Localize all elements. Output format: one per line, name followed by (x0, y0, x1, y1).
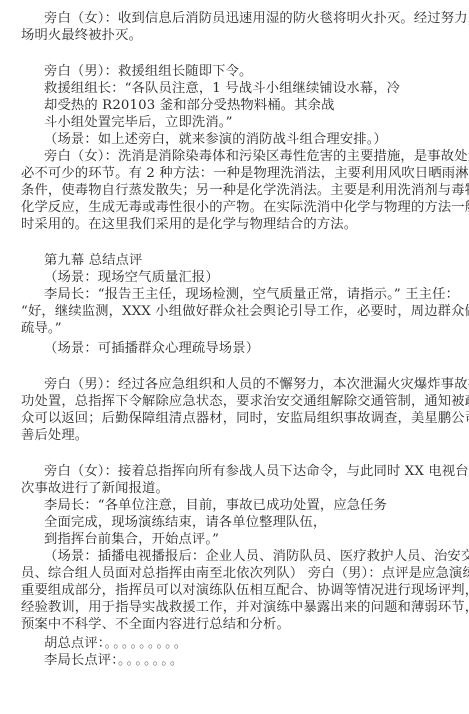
review-dots: 。。。。。。。 (118, 653, 185, 668)
text-line: 化学反应，生成无毒或毒性很小的产物。在实际洗消中化学与物理的方法一般是同 (21, 199, 469, 216)
document-page: 旁白（女）：收到信息后消防员迅速用湿的防火毯将明火扑灭。经过努力，现场明火最终被… (0, 0, 469, 714)
text-line: 旁白（男）：救援组组长随即下令。 (44, 63, 253, 80)
review-label: 胡总点评： (44, 636, 105, 651)
review-line: 胡总点评：。。。。。。。。。 (44, 635, 189, 652)
text-line: 到指挥台前集合，开始点评。” (44, 531, 219, 548)
text-line: 第九幕 总结点评 (44, 252, 143, 269)
text-line: （场景：插播电视播报后：企业人员、消防队员、医疗救护人员、治安交通人 (44, 548, 469, 565)
text-line: 斗小组处置完毕后，立即洗消。” (44, 114, 233, 131)
text-line: 旁白（男）：经过各应急组织和人员的不懈努力，本次泄漏火灾爆炸事故被成 (44, 376, 469, 393)
review-dots: 。。。。。。。。。 (105, 636, 189, 651)
text-line: 场明火最终被扑灭。 (21, 27, 142, 44)
text-line: 旁白（女）：接着总指挥向所有参战人员下达命令，与此同时 XX 电视台对本 (44, 463, 469, 480)
text-line: 时采用的。在这里我们采用的是化学与物理结合的方法。 (21, 216, 357, 233)
text-line: 却受热的 R20103 釜和部分受热物料桶。其余战 (44, 97, 335, 114)
text-line: 预案中不科学、不全面内容进行总结和分析。 (21, 616, 290, 633)
text-line: 必不可少的环节。有 2 种方法：一种是物理洗消法，主要利用风吹日晒雨淋等自然 (21, 165, 469, 182)
text-line: 次事故进行了新闻报道。 (21, 480, 169, 497)
text-line: 救援组组长：“各队员注意，1 号战斗小组继续铺设水幕，冷 (44, 80, 400, 97)
text-line: 李局长：“各单位注意，目前，事故已成功处置，应急任务 (44, 497, 387, 514)
review-label: 李局长点评： (44, 653, 118, 668)
text-line: “好，继续监测，XXX 小组做好群众社会舆论引导工作，必要时，周边群众做心理 (21, 303, 469, 320)
text-line: （场景：可插播群众心理疏导场景） (44, 340, 259, 357)
text-line: 员、综合组人员面对总指挥由南至北依次列队） 旁白（男）：点评是应急演练的 (21, 565, 469, 582)
text-line: 经验教训，用于指导实战救援工作，并对演练中暴露出来的问题和薄弱环节，以及 (21, 599, 469, 616)
text-line: 条件，使毒物自行蒸发散失；另一种是化学洗消法。主要是利用洗消剂与毒物发生 (21, 182, 469, 199)
text-line: 全面完成，现场演练结束，请各单位整理队伍， (44, 514, 326, 531)
text-line: 众可以返回；后勤保障组清点器材，同时，安监局组织事故调查，美星鹏公司组织 (21, 410, 469, 427)
text-line: （场景：如上述旁白，就来参演的消防战斗组合理安排。） (44, 131, 387, 148)
review-line: 李局长点评：。。。。。。。 (44, 652, 185, 669)
text-line: 李局长：“报告王主任，现场检测，空气质量正常，请指示。” 王主任： (44, 286, 459, 303)
text-line: （场景：现场空气质量汇报） (44, 269, 219, 286)
text-line: 重要组成部分，指挥员可以对演练队伍相互配合、协调等情况进行现场评判，得出 (21, 582, 469, 599)
text-line: 旁白（女）：收到信息后消防员迅速用湿的防火毯将明火扑灭。经过努力，现 (44, 10, 469, 27)
text-line: 疏导。” (21, 320, 62, 337)
text-line: 旁白（女）：洗消是消除染毒体和污染区毒性危害的主要措施，是事故处置中 (44, 148, 469, 165)
text-line: 善后处理。 (21, 427, 88, 444)
text-line: 功处置，总指挥下令解除应急状态，要求治安交通组解除交通管制，通知被疏散群 (21, 393, 469, 410)
